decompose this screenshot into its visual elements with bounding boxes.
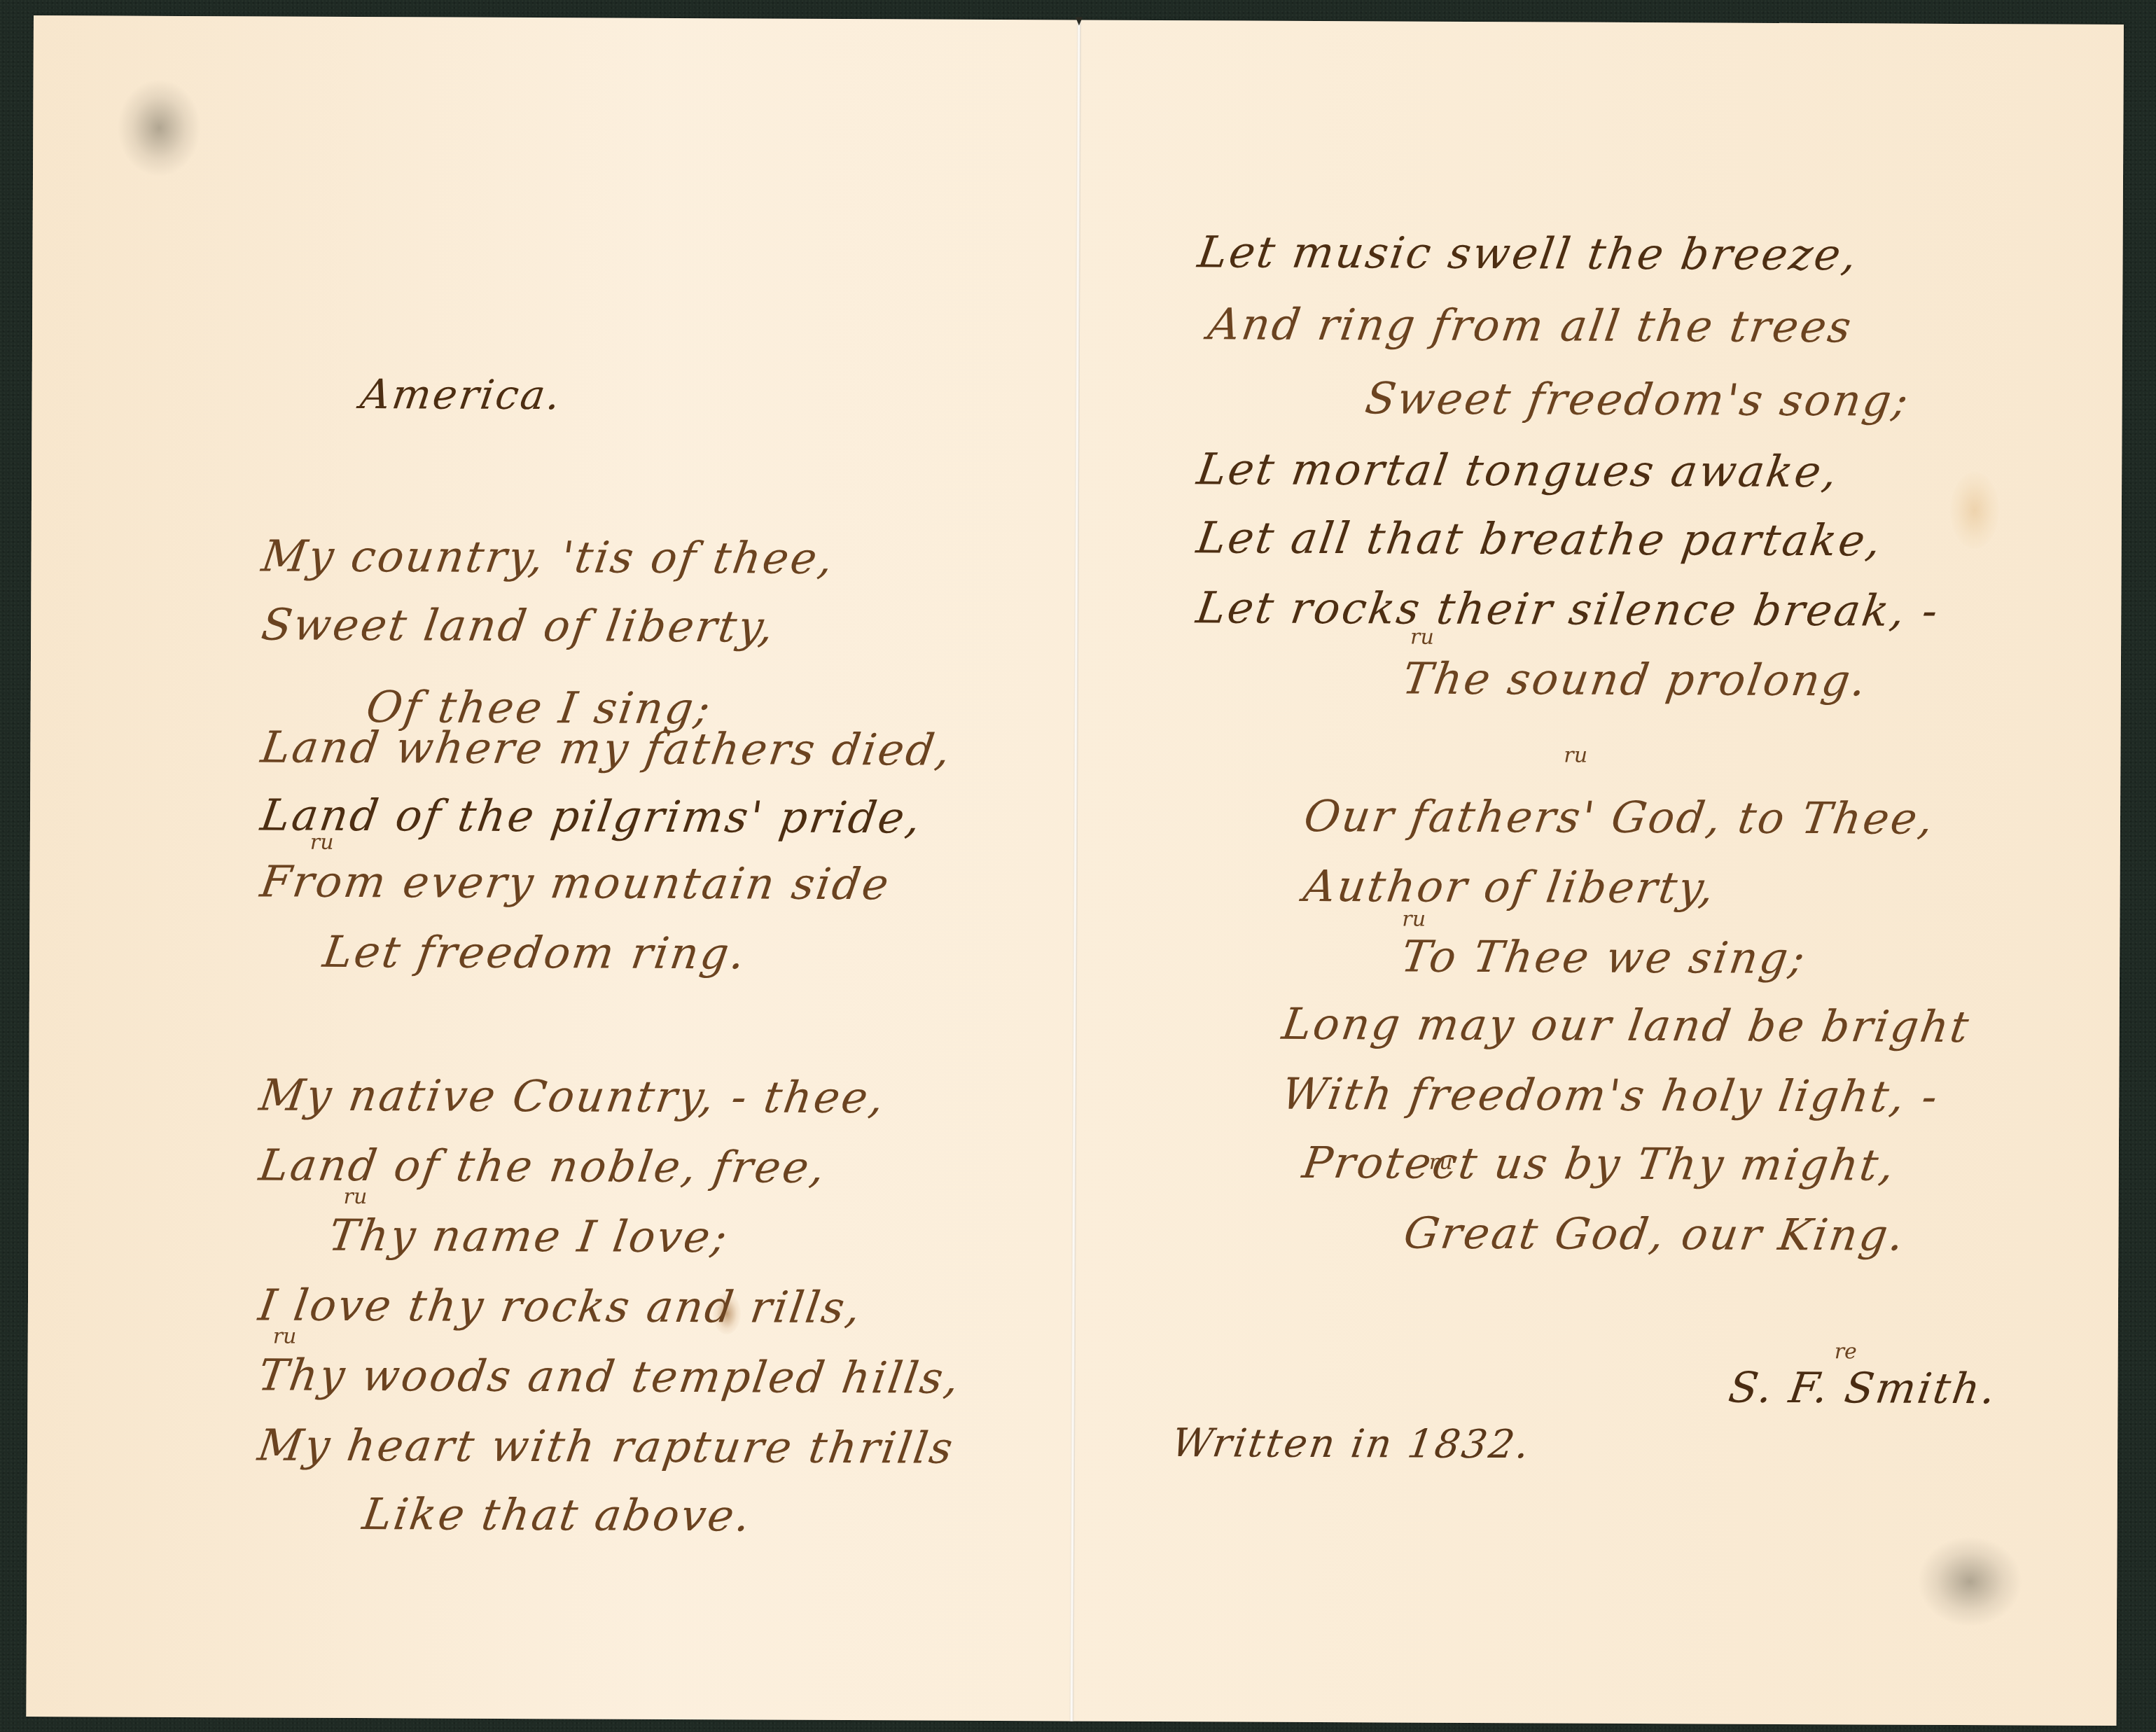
verse-line: Long may our land be bright [1279, 1003, 1973, 1049]
manuscript-sheet: America. My country, 'tis of thee, Sweet… [26, 15, 2124, 1726]
correction-mark: ru [310, 830, 334, 855]
verse-line: Author of liberty, [1301, 865, 1718, 910]
poem-title: America. [358, 374, 564, 415]
ink-smudge-bottom-right [1917, 1536, 2023, 1628]
verse-line: My heart with rapture thrills [256, 1423, 957, 1469]
verse-line: Protect us by Thy might, [1300, 1141, 1898, 1187]
author-signature: S. F. Smith. [1726, 1367, 2000, 1411]
verse-line: My native Country, - thee, [257, 1073, 889, 1119]
verse-line: Sweet land of liberty, [259, 603, 779, 648]
ink-smudge-top-left [117, 79, 202, 178]
verse-line: And ring from all the trees [1206, 302, 1856, 349]
verse-line: To Thee we sing; [1399, 935, 1810, 980]
verse-line: Let freedom ring. [321, 930, 750, 976]
composition-date-note: Written in 1832. [1169, 1424, 1533, 1465]
verse-line: Thy name I love; [326, 1214, 732, 1259]
correction-mark: ru [1402, 907, 1426, 932]
verse-line: Our fathers' God, to Thee, [1302, 795, 1938, 841]
fold-notch [1076, 17, 1083, 25]
correction-mark: ru [1410, 625, 1434, 650]
verse-line: Sweet freedom's song; [1363, 377, 1913, 422]
verse-line: Let rocks their silence break, - [1194, 586, 1942, 633]
verse-line: Land of the noble, free, [256, 1143, 829, 1189]
verse-line: From every mountain side [258, 860, 893, 906]
correction-mark: ru [273, 1325, 297, 1349]
verse-line: Great God, our King. [1401, 1212, 1908, 1257]
correction-mark: ru [344, 1185, 368, 1209]
signature-superscript: re [1835, 1339, 1857, 1364]
verse-line: Let all that breathe partake, [1194, 516, 1886, 562]
verse-line: Like that above. [360, 1493, 755, 1537]
verse-line: Land where my fathers died, [258, 725, 955, 771]
verse-line: My country, 'tis of thee, [259, 534, 837, 580]
verse-line: With freedom's holy light, - [1279, 1073, 1942, 1119]
verse-line: Let mortal tongues awake, [1195, 447, 1842, 494]
verse-line: Let music swell the breeze, [1195, 230, 1861, 277]
verse-line: The sound prolong. [1400, 657, 1870, 703]
correction-mark: ru [1564, 743, 1587, 768]
verse-line: Thy woods and templed hills, [256, 1353, 964, 1399]
verse-line: I love thy rocks and rills, [256, 1283, 865, 1329]
water-stain [1950, 472, 1999, 549]
verse-line: Land of the pilgrims' pride, [258, 793, 926, 839]
